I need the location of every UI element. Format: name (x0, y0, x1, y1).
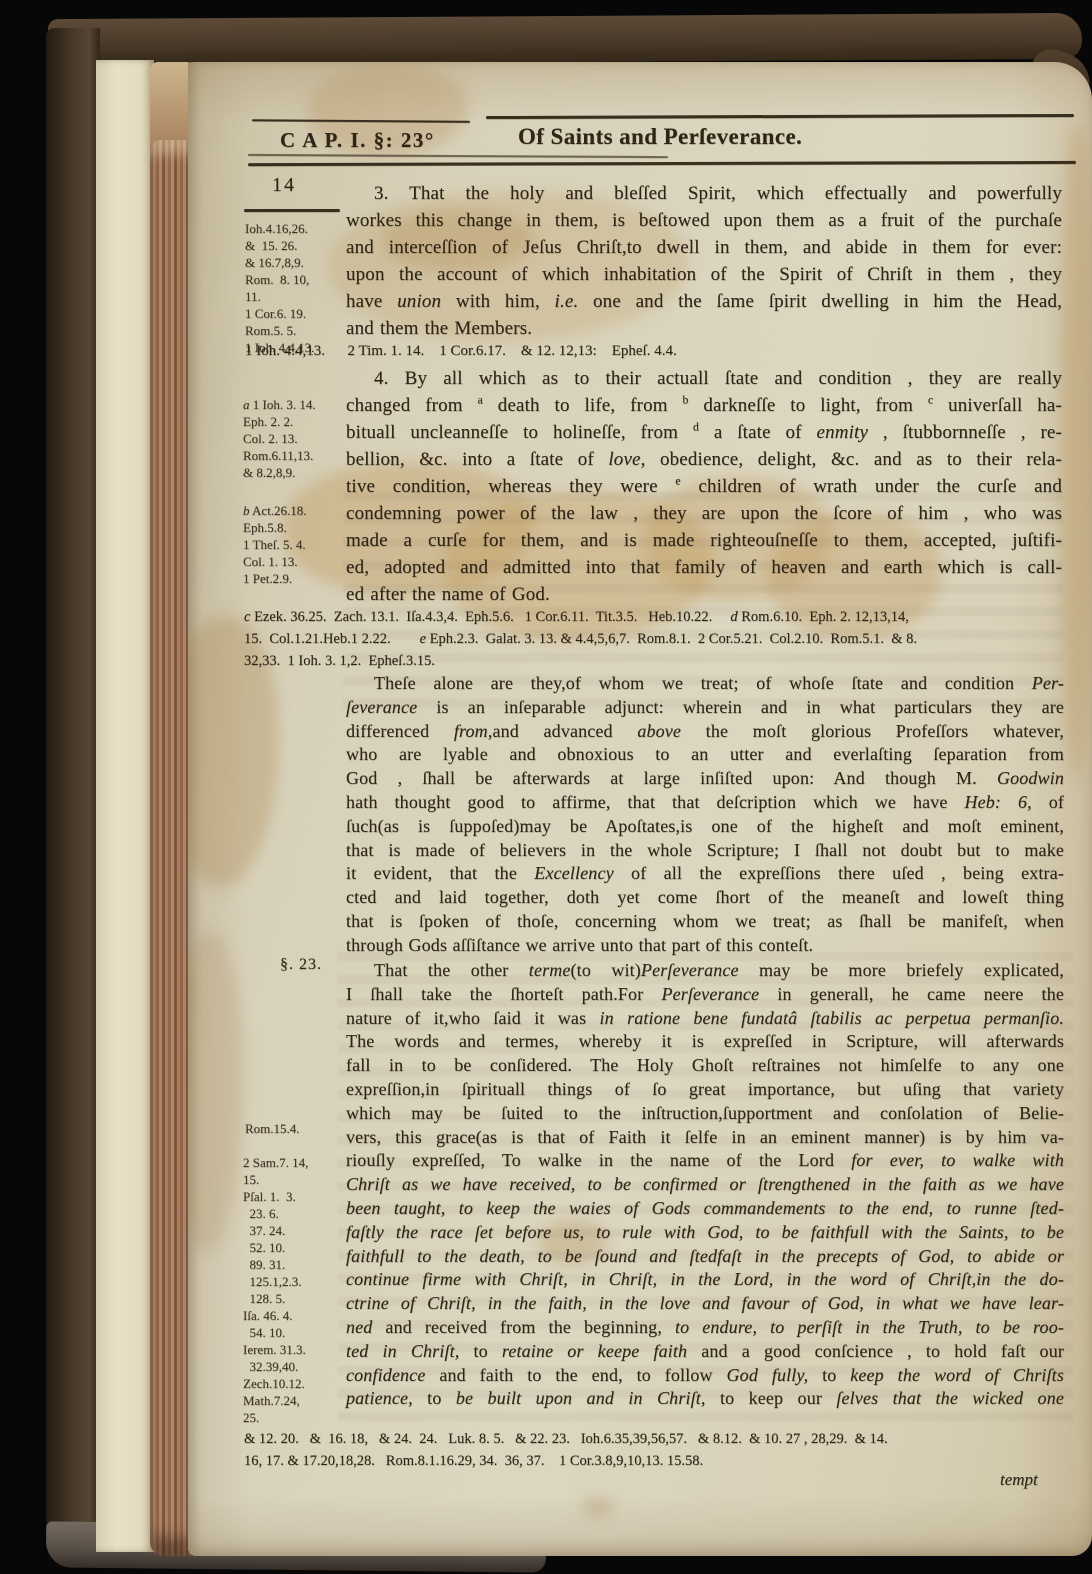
text-line: faithfull to the death, to be ſound and … (346, 1245, 1064, 1269)
text-line: ſeverance is an inſeparable adjunct: whe… (346, 696, 1064, 720)
margin-refs-para3: Ioh.4.16,26.& 15. 26.& 16.7,8,9.Rom. 8. … (245, 220, 345, 356)
text-line: upon the account of which inhabitation o… (346, 261, 1062, 288)
footnote-block: c Ezek. 36.25. Zach. 13.1. Iſa.4.3,4. Ep… (244, 606, 1078, 672)
text-line: 2 Sam.7. 14, (243, 1154, 347, 1171)
text-line: 128. 5. (243, 1290, 347, 1307)
text-line: who are lyable and obnoxious to an utter… (346, 743, 1064, 767)
text-line: c Ezek. 36.25. Zach. 13.1. Iſa.4.3,4. Ep… (244, 606, 1078, 628)
text-line: ned and received from the beginning, to … (346, 1316, 1064, 1340)
text-line: Eph.5.8. (243, 519, 347, 536)
text-line: it evident, that the Excellency of all t… (346, 862, 1064, 886)
text-line: b Act.26.18. (243, 502, 347, 519)
text-line: and interceſſion of Jeſus Chriſt,to dwel… (346, 234, 1062, 261)
book-page: C A P. I. §: 23° Of Saints and Perſevera… (188, 62, 1092, 1556)
text-line: Chriſt as we have received, to be confir… (346, 1173, 1064, 1197)
margin-refs-para4-b: b Act.26.18.Eph.5.8.1 Theſ. 5. 4.Col. 1.… (243, 502, 347, 587)
paragraph-sec23: That the other terme(to wit)Perſeverance… (346, 959, 1064, 1411)
text-line: Ierem. 31.3. (243, 1341, 347, 1358)
margin-refs-sec23-a: Rom.15.4. (245, 1120, 345, 1137)
text-line: 11. (245, 288, 345, 305)
text-line: ed after the name of God. (346, 581, 1062, 608)
text-line: have union with him, i.e. one and the ſa… (346, 288, 1062, 315)
scripture-refs-line: 1 Ioh. 4.4,13. 2 Tim. 1. 14. 1 Cor.6.17.… (245, 343, 677, 360)
text-line: changed from a death to life, from b dar… (346, 392, 1062, 419)
bottom-refs-block: & 12. 20. & 16. 18, & 24. 24. Luk. 8. 5.… (244, 1428, 1082, 1472)
text-line: Iſa. 46. 4. (243, 1307, 347, 1324)
page-number-rule (244, 209, 340, 212)
text-line: made a curſe for them, and is made right… (346, 527, 1062, 554)
book-cover-top-edge (48, 13, 1082, 65)
text-line: Ioh.4.16,26. (245, 220, 345, 237)
text-line: been taught, to keep the waies of Gods c… (346, 1197, 1064, 1221)
text-line: ctrine of Chriſt, in the faith, in the l… (346, 1292, 1064, 1316)
text-line: cted and laid together, doth yet come ſh… (346, 886, 1064, 910)
text-line: 3. That the holy and bleſſed Spirit, whi… (346, 180, 1062, 207)
text-line: and them the Members. (346, 315, 1062, 342)
text-line: ted in Chriſt, to retaine or keepe faith… (346, 1340, 1064, 1364)
book-cover-left-edge (46, 28, 100, 1544)
text-line: vers, this grace(as is that of Faith it … (346, 1126, 1064, 1150)
text-line: that is ſpoken of thoſe, concerning whom… (346, 910, 1064, 934)
text-line: Rom.5. 5. (245, 322, 345, 339)
text-line: patience, to be built upon and in Chriſt… (346, 1387, 1064, 1411)
text-line: 54. 10. (243, 1324, 347, 1341)
text-line: through Gods aſſiſtance we arrive unto t… (346, 934, 1064, 958)
margin-refs-sec23-b: 2 Sam.7. 14,15.Pſal. 1. 3. 23. 6. 37. 24… (243, 1154, 347, 1426)
text-line: workes this change in them, is beſtowed … (346, 207, 1062, 234)
text-line: Math.7.24, (243, 1392, 347, 1409)
chapter-label: C A P. I. §: 23° (280, 128, 435, 153)
text-line: hath thought good to affirme, that that … (346, 791, 1064, 815)
text-line: expreſſion,in ſpirituall things of ſo gr… (346, 1078, 1064, 1102)
text-line: Zech.10.12. (243, 1375, 347, 1392)
catchword: tempt (1000, 1470, 1038, 1490)
flyleaf-page-edge (96, 60, 154, 1552)
text-line: 15. (243, 1171, 347, 1188)
text-line: 1 Theſ. 5. 4. (243, 536, 347, 553)
text-line: tive condition, whereas they were e chil… (346, 473, 1062, 500)
text-line: Pſal. 1. 3. (243, 1188, 347, 1205)
text-line: The words and termes, whereby it is expr… (346, 1030, 1064, 1054)
text-line: God , ſhall be afterwards at large inſiſ… (346, 767, 1064, 791)
running-title: Of Saints and Perſeverance. (518, 124, 802, 150)
text-line: that is made of believers in the whole S… (346, 839, 1064, 863)
text-line: a 1 Ioh. 3. 14. (243, 396, 347, 413)
text-line: 15. Col.1.21.Heb.1 2.22. e Eph.2.3. Gala… (244, 628, 1078, 650)
text-line: & 8.2,8,9. (243, 464, 347, 481)
text-line: continue firme with Chriſt, in Chriſt, i… (346, 1268, 1064, 1292)
text-line: 16, 17. & 17.20,18,28. Rom.8.1.16.29, 34… (244, 1450, 1082, 1472)
text-line: 25. (243, 1409, 347, 1426)
paragraph-3: 3. That the holy and bleſſed Spirit, whi… (346, 180, 1062, 342)
text-line: & 15. 26. (245, 237, 345, 254)
page-number: 14 (272, 174, 296, 197)
text-line: & 16.7,8,9. (245, 254, 345, 271)
text-line: fall in to be conſidered. The Holy Ghoſt… (346, 1054, 1064, 1078)
text-line: That the other terme(to wit)Perſeverance… (346, 959, 1064, 983)
stain (1060, 122, 1092, 782)
text-line: 1 Pet.2.9. (243, 570, 347, 587)
text-line: faſtly the race ſet before us, to rule w… (346, 1221, 1064, 1245)
text-line: which may be ſuited to the inſtruction,ſ… (346, 1102, 1064, 1126)
book-scan-photo: C A P. I. §: 23° Of Saints and Perſevera… (0, 0, 1092, 1574)
text-line: & 12. 20. & 16. 18, & 24. 24. Luk. 8. 5.… (244, 1428, 1082, 1450)
text-line: Theſe alone are they,of whom we treat; o… (346, 672, 1064, 696)
text-line: bituall uncleanneſſe to holineſſe, from … (346, 419, 1062, 446)
text-line: bellion, &c. into a ſtate of love, obedi… (346, 446, 1062, 473)
text-line: Rom.6.11,13. (243, 447, 347, 464)
text-line: confidence and faith to the end, to foll… (346, 1364, 1064, 1388)
text-line: I ſhall take the ſhorteſt path.For Perſe… (346, 983, 1064, 1007)
text-line: 32.39,40. (243, 1358, 347, 1375)
text-line: 125.1,2.3. (243, 1273, 347, 1290)
text-line: 37. 24. (243, 1222, 347, 1239)
text-line: ſuch(as is ſuppoſed)may be Apoſtates,is … (346, 815, 1064, 839)
text-line: 89. 31. (243, 1256, 347, 1273)
text-line: Rom. 8. 10, (245, 271, 345, 288)
section-mark: §. 23. (280, 956, 322, 974)
text-line: 32,33. 1 Ioh. 3. 1,2. Epheſ.3.15. (244, 650, 1078, 672)
text-line: riouſly expreſſed, To walke in the name … (346, 1149, 1064, 1173)
text-line: ed, adopted and admitted into that famil… (346, 554, 1062, 581)
text-line: 52. 10. (243, 1239, 347, 1256)
text-line: Col. 1. 13. (243, 553, 347, 570)
text-line: 1 Cor.6. 19. (245, 305, 345, 322)
text-line: differenced from,and advanced above the … (346, 720, 1064, 744)
text-line: condemning power of the law , they are u… (346, 500, 1062, 527)
paragraph-4: 4. By all which as to their actuall ſtat… (346, 365, 1062, 608)
text-line: nature of it,who ſaid it was in ratione … (346, 1007, 1064, 1031)
text-line: Col. 2. 13. (243, 430, 347, 447)
paragraph-5: Theſe alone are they,of whom we treat; o… (346, 672, 1064, 958)
text-line: Eph. 2. 2. (243, 413, 347, 430)
text-line: 4. By all which as to their actuall ſtat… (346, 365, 1062, 392)
margin-refs-para4-a: a 1 Ioh. 3. 14.Eph. 2. 2.Col. 2. 13.Rom.… (243, 396, 347, 481)
text-line: Rom.15.4. (245, 1120, 345, 1137)
text-line: 23. 6. (243, 1205, 347, 1222)
